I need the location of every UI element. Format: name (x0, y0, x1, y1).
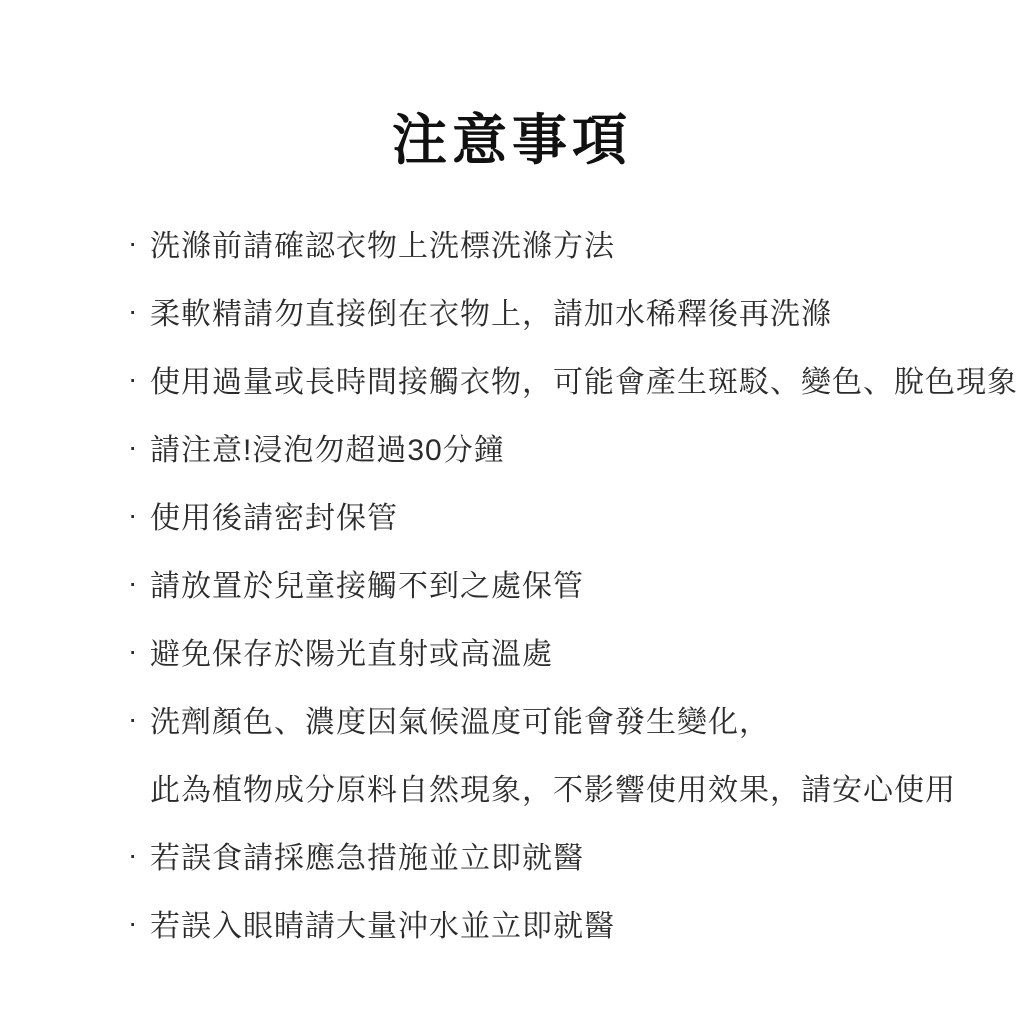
bullet-icon: · (128, 433, 150, 461)
bullet-icon: · (128, 909, 150, 937)
list-item: · 使用過量或長時間接觸衣物，可能會產生斑駁、變色、脫色現象 (128, 345, 964, 413)
bullet-icon: · (128, 637, 150, 665)
note-text: 請放置於兒童接觸不到之處保管 (150, 561, 584, 605)
precautions-page: 注意事項 · 洗滌前請確認衣物上洗標洗滌方法 · 柔軟精請勿直接倒在衣物上，請加… (0, 0, 1024, 1024)
bullet-icon: · (128, 705, 150, 733)
list-item: · 洗劑顏色、濃度因氣候溫度可能會發生變化， (128, 685, 964, 753)
note-text: 使用過量或長時間接觸衣物，可能會產生斑駁、變色、脫色現象 (150, 357, 1018, 401)
note-text: 使用後請密封保管 (150, 493, 398, 537)
list-item: · 柔軟精請勿直接倒在衣物上，請加水稀釋後再洗滌 (128, 277, 964, 345)
bullet-icon: · (128, 501, 150, 529)
bullet-icon: · (128, 229, 150, 257)
bullet-icon: · (128, 365, 150, 393)
bullet-icon: · (128, 841, 150, 869)
note-text: 柔軟精請勿直接倒在衣物上，請加水稀釋後再洗滌 (150, 289, 832, 333)
list-item: · 請注意!浸泡勿超過30分鐘 (128, 413, 964, 481)
note-text: 請注意!浸泡勿超過30分鐘 (150, 425, 505, 469)
list-item: · 洗滌前請確認衣物上洗標洗滌方法 (128, 209, 964, 277)
bullet-icon: · (128, 297, 150, 325)
notes-list: · 洗滌前請確認衣物上洗標洗滌方法 · 柔軟精請勿直接倒在衣物上，請加水稀釋後再… (128, 209, 964, 957)
note-text: 此為植物成分原料自然現象，不影響使用效果，請安心使用 (150, 765, 956, 809)
list-item: · 請放置於兒童接觸不到之處保管 (128, 549, 964, 617)
list-item: · 若誤食請採應急措施並立即就醫 (128, 821, 964, 889)
note-text: 洗滌前請確認衣物上洗標洗滌方法 (150, 221, 615, 265)
list-item-continuation: 此為植物成分原料自然現象，不影響使用效果，請安心使用 (128, 753, 964, 821)
bullet-icon: · (128, 569, 150, 597)
list-item: · 若誤入眼睛請大量沖水並立即就醫 (128, 889, 964, 957)
list-item: · 避免保存於陽光直射或高溫處 (128, 617, 964, 685)
page-title: 注意事項 (0, 96, 1024, 175)
list-item: · 使用後請密封保管 (128, 481, 964, 549)
note-text: 若誤食請採應急措施並立即就醫 (150, 833, 584, 877)
note-text: 若誤入眼睛請大量沖水並立即就醫 (150, 901, 615, 945)
note-text: 洗劑顏色、濃度因氣候溫度可能會發生變化， (150, 697, 770, 741)
note-text: 避免保存於陽光直射或高溫處 (150, 629, 553, 673)
